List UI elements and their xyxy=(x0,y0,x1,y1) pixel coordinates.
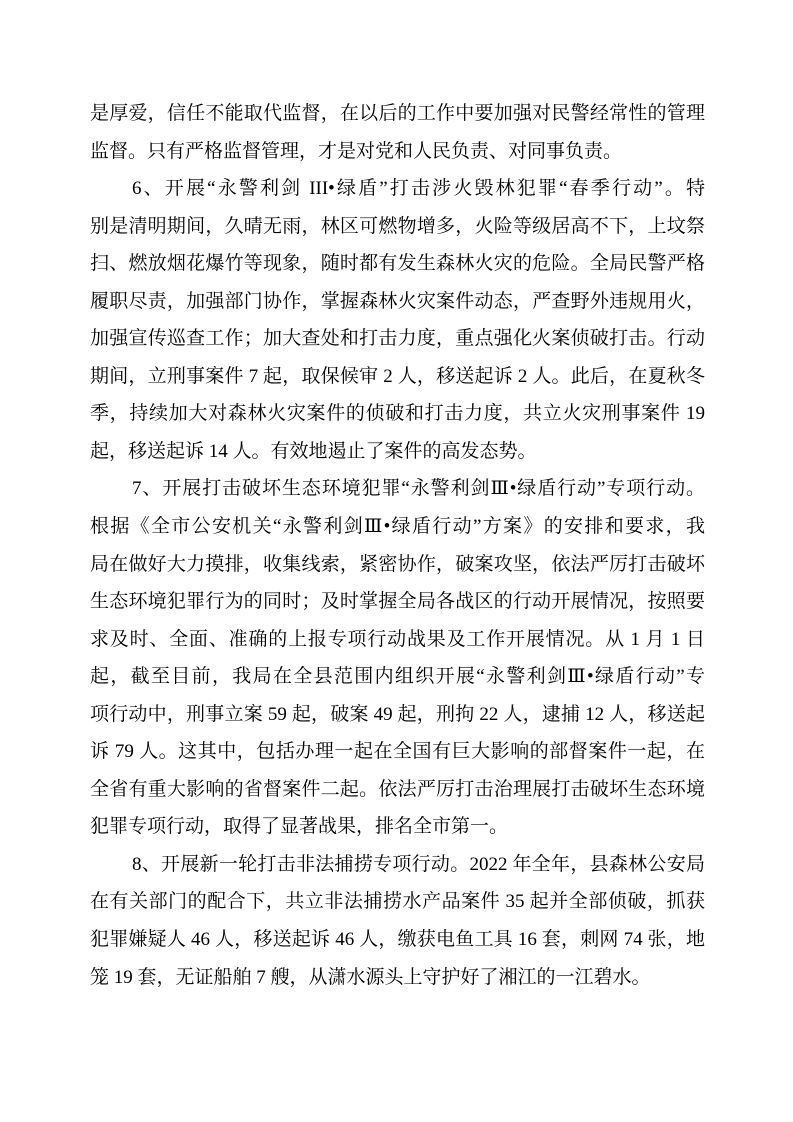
text-line: 期间，立刑事案件 7 起，取保候审 2 人，移送起诉 2 人。此后，在夏秋冬 xyxy=(90,358,705,396)
document-page: 是厚爱，信任不能取代监督，在以后的工作中要加强对民警经常性的管理监督。只有严格监… xyxy=(0,0,793,1122)
text-line: 犯罪嫌疑人 46 人，移送起诉 46 人，缴获电鱼工具 16 套，刺网 74 张… xyxy=(90,921,705,959)
text-line: 6、开展“永警利剑 III•绿盾”打击涉火毁林犯罪“春季行动”。特 xyxy=(90,170,705,208)
continuation-paragraph: 是厚爱，信任不能取代监督，在以后的工作中要加强对民警经常性的管理监督。只有严格监… xyxy=(90,95,705,170)
item-8-paragraph: 8、开展新一轮打击非法捕捞专项行动。2022 年全年，县森林公安局在有关部门的配… xyxy=(90,846,705,996)
text-line: 求及时、全面、准确的上报专项行动战果及工作开展情况。从 1 月 1 日 xyxy=(90,621,705,659)
text-line: 季，持续加大对森林火灾案件的侦破和打击力度，共立火灾刑事案件 19 xyxy=(90,395,705,433)
text-line: 项行动中，刑事立案 59 起，破案 49 起，刑拘 22 人，逮捕 12 人，移… xyxy=(90,696,705,734)
text-line: 诉 79 人。这其中，包括办理一起在全国有巨大影响的部督案件一起，在 xyxy=(90,733,705,771)
text-line: 局在做好大力摸排，收集线索，紧密协作，破案攻坚，依法严厉打击破坏 xyxy=(90,546,705,584)
text-line: 犯罪专项行动，取得了显著战果，排名全市第一。 xyxy=(90,808,705,846)
text-line: 7、开展打击破坏生态环境犯罪“永警利剑Ⅲ•绿盾行动”专项行动。 xyxy=(90,470,705,508)
item-7-paragraph: 7、开展打击破坏生态环境犯罪“永警利剑Ⅲ•绿盾行动”专项行动。根据《全市公安机关… xyxy=(90,470,705,845)
text-line: 8、开展新一轮打击非法捕捞专项行动。2022 年全年，县森林公安局 xyxy=(90,846,705,884)
text-line: 起，截至目前，我局在全县范围内组织开展“永警利剑Ⅲ•绿盾行动”专 xyxy=(90,658,705,696)
text-line: 履职尽责，加强部门协作，掌握森林火灾案件动态，严查野外违规用火， xyxy=(90,283,705,321)
text-line: 在有关部门的配合下，共立非法捕捞水产品案件 35 起并全部侦破，抓获 xyxy=(90,883,705,921)
text-line: 别是清明期间，久晴无雨，林区可燃物增多，火险等级居高不下，上坟祭 xyxy=(90,208,705,246)
text-line: 监督。只有严格监督管理，才是对党和人民负责、对同事负责。 xyxy=(90,133,705,171)
text-line: 生态环境犯罪行为的同时；及时掌握全局各战区的行动开展情况，按照要 xyxy=(90,583,705,621)
text-line: 根据《全市公安机关“永警利剑Ⅲ•绿盾行动”方案》的安排和要求，我 xyxy=(90,508,705,546)
text-line: 扫、燃放烟花爆竹等现象，随时都有发生森林火灾的危险。全局民警严格 xyxy=(90,245,705,283)
text-line: 起，移送起诉 14 人。有效地遏止了案件的高发态势。 xyxy=(90,433,705,471)
text-line: 加强宣传巡查工作；加大查处和打击力度，重点强化火案侦破打击。行动 xyxy=(90,320,705,358)
document-text: 是厚爱，信任不能取代监督，在以后的工作中要加强对民警经常性的管理监督。只有严格监… xyxy=(90,95,705,996)
text-line: 全省有重大影响的省督案件二起。依法严厉打击治理展打击破坏生态环境 xyxy=(90,771,705,809)
text-line: 是厚爱，信任不能取代监督，在以后的工作中要加强对民警经常性的管理 xyxy=(90,95,705,133)
text-line: 笼 19 套，无证船舶 7 艘，从潇水源头上守护好了湘江的一江碧水。 xyxy=(90,959,705,997)
item-6-paragraph: 6、开展“永警利剑 III•绿盾”打击涉火毁林犯罪“春季行动”。特别是清明期间，… xyxy=(90,170,705,470)
